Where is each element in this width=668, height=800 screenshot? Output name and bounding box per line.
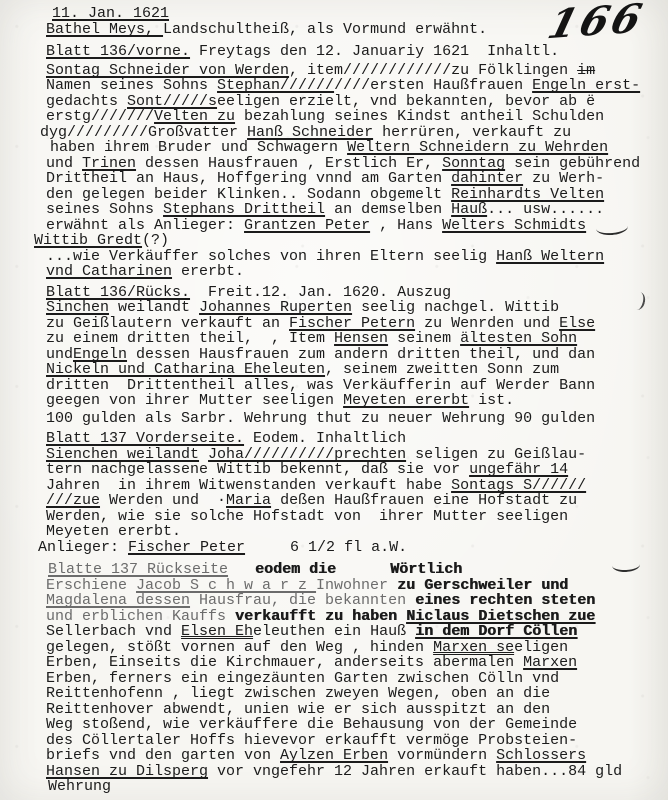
text-segment: 100 gulden als Sarbr. Wehrung thut zu ne… [46, 410, 595, 427]
text-segment: Werden, wie sie solche Hofstadt von ihre… [46, 508, 568, 525]
text-segment: Bathel Meys, [46, 21, 163, 38]
text-segment: Jacob S c h w a r z [136, 577, 316, 594]
text-segment: Weg stoßend, wie verkäuffere die Behausu… [46, 716, 577, 733]
text-segment: gelegen, stößt vornen auf den Weg , hind… [46, 639, 433, 656]
text-line: undEngeln dessen Hausfrauen zum andern d… [46, 347, 660, 363]
text-line: dyg/////////Großvatter Hanß Schneider he… [40, 125, 660, 141]
text-line: Anlieger: Fischer Peter 6 1/2 fl a.W. [38, 540, 660, 556]
text-line: Wittib Gredt(?) [34, 233, 660, 249]
text-segment: Reittenhover abwendt, unien wie er sich … [46, 701, 550, 718]
text-line: Bathel Meys, Landschultheiß, als Vormund… [46, 22, 660, 38]
text-line: Jahren in ihrem Witwenstanden verkauft h… [46, 478, 660, 494]
text-segment: zu Gerschweiler und [397, 577, 568, 594]
text-segment: Blatt 136/Rücks. [46, 284, 190, 301]
text-line: Sellerbach vnd Elsen Eheleuthen ein Hauß… [46, 624, 660, 640]
text-segment: Wehrung [48, 778, 111, 795]
text-segment: Eodem. Inhaltlich [244, 430, 406, 447]
text-segment: Velten zu [154, 108, 235, 125]
text-segment: seelig nachgel. Wittib [352, 299, 559, 316]
text-segment: Magdalena dessen [46, 592, 190, 609]
text-segment: gedachts [46, 93, 127, 110]
text-segment: briefs vnd den garten von [46, 747, 280, 764]
text-line: 100 gulden als Sarbr. Wehrung thut zu ne… [46, 411, 660, 427]
text-line: den gelegen beider Klinken.. Sodann obge… [46, 187, 660, 203]
text-segment: Sontags S////// [451, 477, 586, 494]
text-segment: Reittenhofenn , liegt zwischen zweyen We… [46, 685, 550, 702]
text-segment: 11. Jan. 1621 [52, 5, 169, 22]
text-segment: und erblichen Kauffs [46, 608, 235, 625]
text-segment [388, 577, 397, 594]
text-segment: Trinen [82, 155, 136, 172]
text-segment: Hausfrau, die bekannten [190, 592, 415, 609]
text-line: des Cöllertaler Hoffs hievevor erkaufft … [46, 733, 660, 749]
text-line: gedachts Sont/////seeligen erzielt, vnd … [46, 94, 660, 110]
document-text: 11. Jan. 1621Bathel Meys, Landschultheiß… [46, 6, 660, 795]
text-line: Blatte 137 Rückseite eodem die Wörtlich [48, 562, 660, 578]
text-line: Drittheil an Haus, Hoffgering vnnd am Ga… [46, 171, 660, 187]
text-segment: dahinter [451, 170, 523, 187]
text-segment: im [577, 62, 595, 79]
text-segment: Jahren in ihrem Witwenstanden verkauft h… [46, 477, 451, 494]
text-segment: eleuthen ein Hauß [253, 623, 415, 640]
text-segment: erstg/////// [46, 108, 154, 125]
text-segment: Nickeln und Catharina Eheleuten [46, 361, 325, 378]
text-line: Werden, wie sie solche Hofstadt von ihre… [46, 509, 660, 525]
text-line: Nickeln und Catharina Eheleuten, seinem … [46, 362, 660, 378]
text-segment: ungefähr 14 [469, 461, 568, 478]
text-segment: Engeln erst- [532, 77, 640, 94]
text-segment: seligen zu Geißlau- [406, 446, 586, 463]
text-segment: Freytags den 12. Januariy 1621 Inhaltl. [190, 43, 559, 60]
text-line: ...wie Verkäuffer solches von ihren Elte… [46, 249, 660, 265]
text-segment: zu Werh- [523, 170, 604, 187]
text-segment: eeligen erzielt, vnd bekannten, bevor ab… [217, 93, 595, 110]
text-segment: , seinem zweitten Sonn zum [325, 361, 559, 378]
text-line: Erben, Einseits die Kirchmauer, andersei… [46, 655, 660, 671]
text-segment: dessen Hausfrauen zum andern dritten the… [127, 346, 595, 363]
text-segment: ...wie Verkäuffer solches von ihren Elte… [46, 248, 496, 265]
text-line: Erschiene Jacob S c h w a r z Inwohner z… [46, 578, 660, 594]
text-line: Erben, ferners ein eingezäunten Garten z… [46, 671, 660, 687]
text-segment: Sinchen [46, 299, 109, 316]
text-segment: Weltern Schneidern zu Wehrden [347, 139, 608, 156]
text-segment: Fischer Peter [128, 539, 245, 556]
text-segment: ////ersten Haußfrauen [334, 77, 532, 94]
text-segment: , item////////////zu Fölklingen [289, 62, 577, 79]
text-segment: Sellerbach vnd [46, 623, 181, 640]
text-segment: ältesten Sohn [460, 330, 577, 347]
text-segment [199, 446, 208, 463]
text-segment: Blatt 136/vorne. [46, 43, 190, 60]
text-segment: deßen Haußfrauen eine Hofstadt zu [271, 492, 577, 509]
text-segment: Wittib Gredt [34, 232, 142, 249]
text-segment: Wörtlich [390, 561, 462, 578]
text-segment: Engeln [73, 346, 127, 363]
text-segment: haben ihrem Bruder und Schwagern [50, 139, 347, 156]
text-segment: ///zue [46, 492, 100, 509]
text-segment: an demselben [325, 201, 451, 218]
text-segment: seines Sohns [46, 201, 163, 218]
text-segment: ererbt. [172, 263, 244, 280]
text-segment: dritten Drittentheil alles, was Verkäuff… [46, 377, 595, 394]
text-segment: eodem die [255, 561, 336, 578]
text-line: zu Geißlautern verkauft an Fischer Peter… [46, 316, 660, 332]
text-line: Blatt 136/Rücks. Freit.12. Jan. 1620. Au… [46, 285, 660, 301]
text-segment: 6 1/2 fl a.W. [245, 539, 407, 556]
text-segment: weilandt [109, 299, 199, 316]
text-segment: erwähnt als Anlieger: [46, 217, 244, 234]
text-segment: zu Geißlautern verkauft an [46, 315, 289, 332]
text-line: und erblichen Kauffs verkaufft zu haben … [46, 609, 660, 625]
text-segment: Reinhardts Velten [451, 186, 604, 203]
document-page: 166 11. Jan. 1621Bathel Meys, Landschult… [0, 0, 668, 800]
text-segment: Johannes Ruperten [199, 299, 352, 316]
text-line: erstg///////Velten zu bezahlung seines K… [46, 109, 660, 125]
text-segment: ... usw...... [487, 201, 604, 218]
text-segment: Erschiene [46, 577, 136, 594]
text-line: Meyeten ererbt. [46, 524, 660, 540]
text-segment: Hauß [451, 201, 487, 218]
text-segment: Hensen [334, 330, 388, 347]
text-segment: Sontag Schneider von Werden [46, 62, 289, 79]
text-segment: Marxen [523, 654, 577, 671]
text-segment: Meyeten ererbt [343, 392, 469, 409]
text-segment: Landschultheiß, als Vormund erwähnt. [163, 21, 487, 38]
text-line: zu einem dritten theil, , Item Hensen se… [46, 331, 660, 347]
text-line: Reittenhofenn , liegt zwischen zweyen We… [46, 686, 660, 702]
text-segment: vnd Catharinen [46, 263, 172, 280]
text-segment: Marxen se [433, 639, 514, 656]
text-line: erwähnt als Anlieger: Grantzen Peter , H… [46, 218, 660, 234]
text-line: haben ihrem Bruder und Schwagern Weltern… [50, 140, 660, 156]
text-line: Weg stoßend, wie verkäuffere die Behausu… [46, 717, 660, 733]
text-segment: Stephans Drittheil [163, 201, 325, 218]
text-segment: seinem [388, 330, 460, 347]
text-segment: vor vngefehr 12 Jahren erkauft haben...8… [208, 763, 622, 780]
text-segment: Sienchen weilandt [46, 446, 199, 463]
text-segment: sein gebührend [505, 155, 640, 172]
text-line: briefs vnd den garten von Aylzen Erben v… [46, 748, 660, 764]
text-segment: Blatte 137 Rückseite [48, 561, 228, 578]
text-segment: Aylzen Erben [280, 747, 388, 764]
text-segment: den gelegen beider Klinken.. Sodann obge… [46, 186, 451, 203]
text-line: tern nachgelassene Wittib bekennt, daß s… [46, 462, 660, 478]
text-line: Magdalena dessen Hausfrau, die bekannten… [46, 593, 660, 609]
text-segment [228, 561, 255, 578]
text-segment: Blatt 137 Vorderseite. [46, 430, 244, 447]
text-line: gelegen, stößt vornen auf den Weg , hind… [46, 640, 660, 656]
text-segment: eligen [514, 639, 568, 656]
text-line: Wehrung [48, 779, 660, 795]
text-segment: Welters Schmidts [442, 217, 586, 234]
text-segment: dyg/////////Großvatter [40, 124, 247, 141]
text-segment: tern nachgelassene Wittib bekennt, daß s… [46, 461, 469, 478]
text-line: Blatt 137 Vorderseite. Eodem. Inhaltlich [46, 431, 660, 447]
text-segment: Hansen zu Dilsperg [46, 763, 208, 780]
text-segment: Fischer Petern [289, 315, 415, 332]
text-segment: verkaufft zu haben [235, 608, 406, 625]
text-line: und Trinen dessen Hausfrauen , Erstlich … [46, 156, 660, 172]
text-line: Hansen zu Dilsperg vor vngefehr 12 Jahre… [46, 764, 660, 780]
text-segment: Elsen Eh [181, 623, 253, 640]
text-line: geegen von ihrer Mutter seeligen Meyeten… [46, 393, 660, 409]
text-line: seines Sohns Stephans Drittheil an demse… [46, 202, 660, 218]
text-segment: zu Wenrden und [415, 315, 559, 332]
text-segment: Hanß Schneider [247, 124, 373, 141]
text-line: Namen seines Sohns Stephan//////////erst… [46, 78, 660, 94]
text-line: Sontag Schneider von Werden, item///////… [46, 63, 660, 79]
text-segment: Drittheil an Haus, Hoffgering vnnd am Ga… [46, 170, 451, 187]
text-segment: bezahlung seines Kindst antheil Schulden [235, 108, 604, 125]
text-segment: Erben, Einseits die Kirchmauer, andersei… [46, 654, 523, 671]
text-segment: herrüren, verkauft zu [373, 124, 571, 141]
text-line: dritten Drittentheil alles, was Verkäuff… [46, 378, 660, 394]
text-segment: dessen Hausfrauen , Erstlich Er, [136, 155, 442, 172]
text-segment: Maria [226, 492, 271, 509]
text-segment: zu einem dritten theil, , Item [46, 330, 334, 347]
text-line: Blatt 136/vorne. Freytags den 12. Januar… [46, 44, 660, 60]
text-segment [336, 561, 390, 578]
text-segment: ist. [469, 392, 514, 409]
text-segment: Grantzen Peter [244, 217, 370, 234]
text-line: Reittenhover abwendt, unien wie er sich … [46, 702, 660, 718]
text-segment: und [46, 155, 82, 172]
text-segment: Joha//////////prechten [208, 446, 406, 463]
text-line: ///zue Werden und ·Maria deßen Haußfraue… [46, 493, 660, 509]
text-segment: Niclaus Dietschen zue [406, 608, 595, 625]
text-segment: Freit.12. Jan. 1620. Auszug [190, 284, 451, 301]
text-segment: des Cöllertaler Hoffs hievevor erkaufft … [46, 732, 577, 749]
text-segment: Stephan////// [217, 77, 334, 94]
text-segment: geegen von ihrer Mutter seeligen [46, 392, 343, 409]
text-segment: (?) [142, 232, 169, 249]
text-segment: Hanß Weltern [496, 248, 604, 265]
text-segment: Sont/////s [127, 93, 217, 110]
text-line: Sinchen weilandt Johannes Ruperten seeli… [46, 300, 660, 316]
text-segment: Werden und · [100, 492, 226, 509]
text-segment: Erben, ferners ein eingezäunten Garten z… [46, 670, 559, 687]
text-segment: Anlieger: [38, 539, 128, 556]
text-segment: Sonntag [442, 155, 505, 172]
text-segment: Else [559, 315, 595, 332]
text-line: 11. Jan. 1621 [52, 6, 660, 22]
text-segment: Inwohner [316, 577, 388, 594]
text-segment: und [46, 346, 73, 363]
text-segment: , Hans [370, 217, 442, 234]
text-line: Sienchen weilandt Joha//////////prechten… [46, 447, 660, 463]
text-segment: Schlossers [496, 747, 586, 764]
text-segment: in dem Dorf Cöllen [415, 623, 577, 640]
text-segment: vormündern [388, 747, 496, 764]
text-segment: eines rechten steten [415, 592, 595, 609]
text-segment: Namen seines Sohns [46, 77, 217, 94]
text-segment: Meyeten ererbt. [46, 523, 181, 540]
text-line: vnd Catharinen ererbt. [46, 264, 660, 280]
